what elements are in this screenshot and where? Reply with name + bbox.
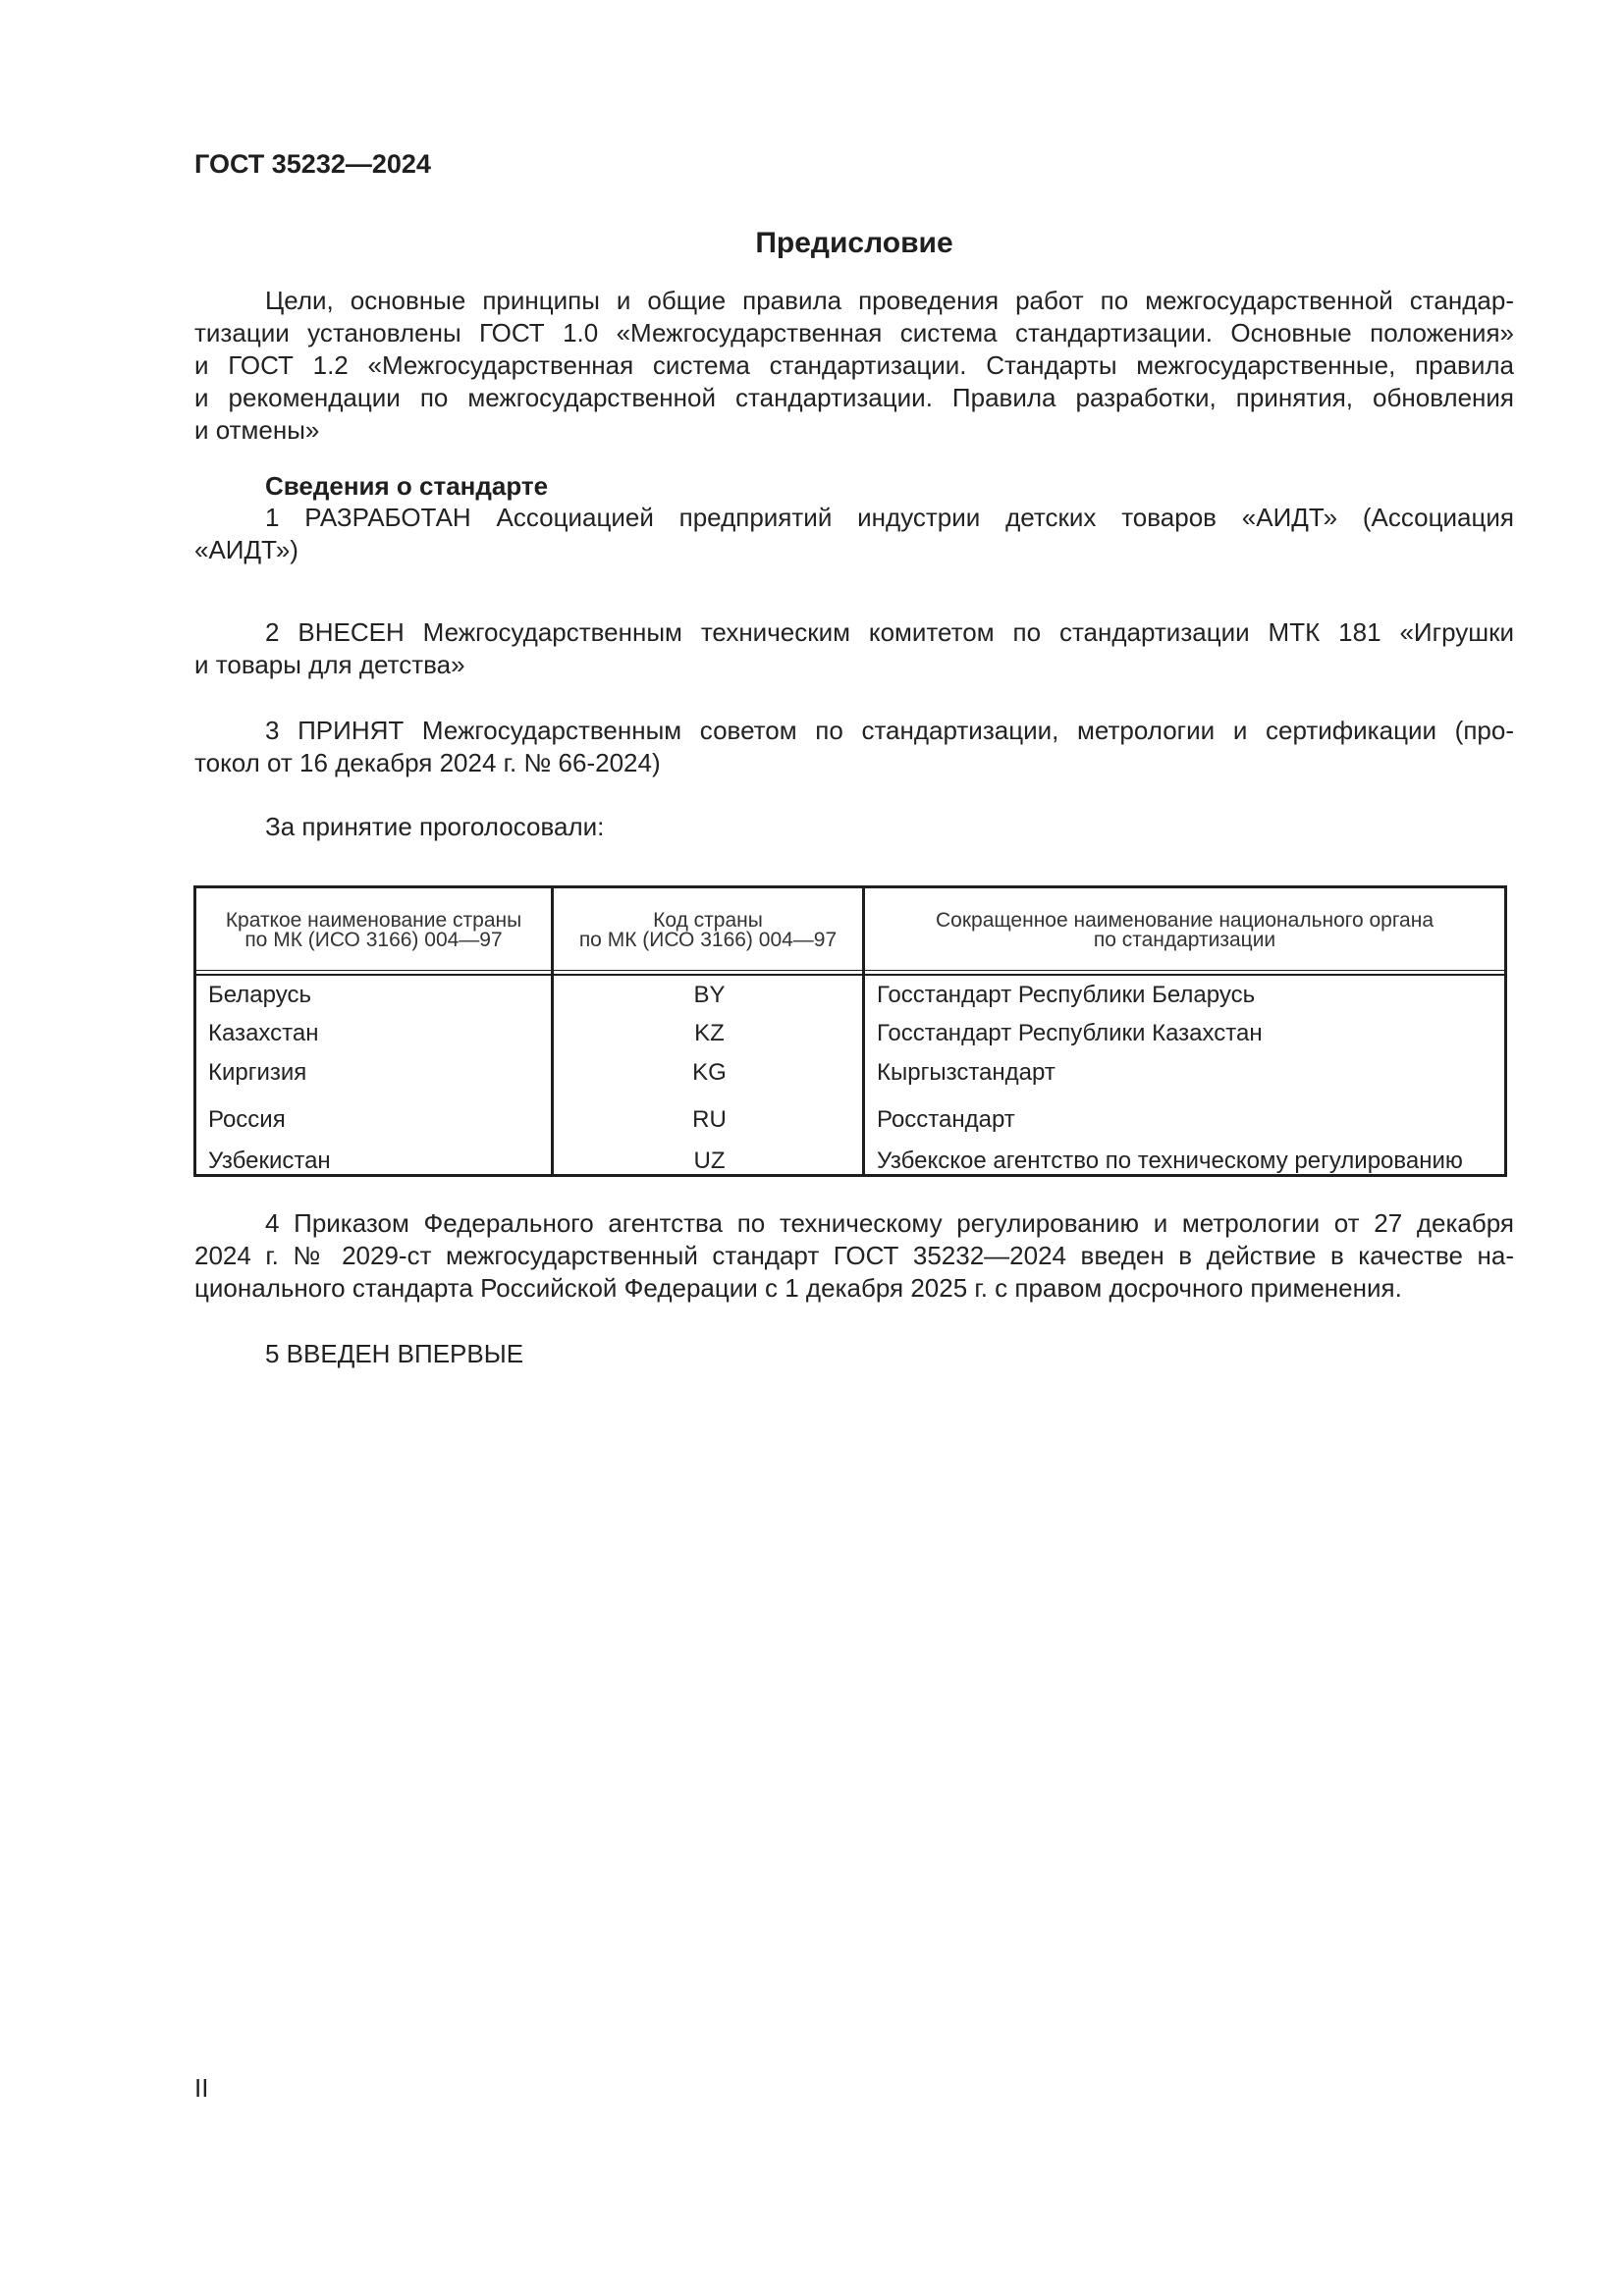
document-code: ГОСТ 35232—2024 <box>194 148 431 181</box>
cell-country: Беларусь <box>208 982 311 1009</box>
item-3-adopted: 3 ПРИНЯТ Межгосударственным советом по с… <box>194 715 1514 779</box>
cell-code: RU <box>554 1106 865 1134</box>
text-line: 2024 г. № 2029-ст межгосударственный ста… <box>194 1240 1514 1272</box>
cell-national-body: Госстандарт Республики Беларусь <box>877 982 1255 1009</box>
item-2-introduced: 2 ВНЕСЕН Межгосударственным техническим … <box>194 616 1514 681</box>
item-1-developed: 1 РАЗРАБОТАН Ассоциацией предприятий инд… <box>194 502 1514 566</box>
cell-national-body: Росстандарт <box>877 1106 1015 1134</box>
text-line: тизации установлены ГОСТ 1.0 «Межгосудар… <box>194 317 1514 349</box>
header-line: по стандартизации <box>936 931 1434 950</box>
column-header-code: Код страныпо МК (ИСО 3166) 004—97 <box>554 888 862 973</box>
header-line: по МК (ИСО 3166) 004—97 <box>226 931 521 950</box>
text-line: 3 ПРИНЯТ Межгосударственным советом по с… <box>194 715 1514 747</box>
page-number: II <box>194 2074 208 2102</box>
cell-code: UZ <box>554 1148 865 1175</box>
text-line: и отмены» <box>194 414 1514 447</box>
item-4-order: 4 Приказом Федерального агентства по тех… <box>194 1207 1514 1305</box>
item-5-first-introduced: 5 ВВЕДЕН ВПЕРВЫЕ <box>194 1338 1514 1370</box>
text-line: Цели, основные принципы и общие правила … <box>194 285 1514 317</box>
intro-paragraph: Цели, основные принципы и общие правила … <box>194 285 1514 447</box>
cell-country: Узбекистан <box>208 1148 331 1175</box>
cell-national-body: Кыргызстандарт <box>877 1059 1056 1087</box>
voting-countries-table: Краткое наименование страныпо МК (ИСО 31… <box>193 885 1507 1177</box>
cell-national-body: Узбекское агентство по техническому регу… <box>877 1148 1463 1175</box>
header-line: Код страны <box>579 911 837 931</box>
cell-country: Россия <box>208 1106 286 1134</box>
cell-national-body: Госстандарт Республики Казахстан <box>877 1020 1263 1047</box>
text-line: 4 Приказом Федерального агентства по тех… <box>194 1207 1514 1240</box>
text-line: и товары для детства» <box>194 649 1514 681</box>
text-line: «АИДТ») <box>194 534 1514 566</box>
column-header-national-body: Сокращенное наименование национального о… <box>865 888 1504 973</box>
voted-label: За принятие проголосовали: <box>194 811 1514 843</box>
cell-country: Казахстан <box>208 1020 318 1047</box>
header-line: Сокращенное наименование национального о… <box>936 911 1434 931</box>
cell-code: KZ <box>554 1020 865 1047</box>
text-line: 5 ВВЕДЕН ВПЕРВЫЕ <box>194 1338 1514 1370</box>
text-line: токол от 16 декабря 2024 г. № 66-2024) <box>194 747 1514 779</box>
text-line: 1 РАЗРАБОТАН Ассоциацией предприятий инд… <box>194 502 1514 534</box>
standard-info-heading: Сведения о стандарте <box>265 470 548 503</box>
text-line: ционального стандарта Российской Федерац… <box>194 1272 1514 1305</box>
text-line: и ГОСТ 1.2 «Межгосударственная система с… <box>194 349 1514 382</box>
cell-country: Киргизия <box>208 1059 306 1087</box>
cell-code: KG <box>554 1059 865 1087</box>
column-header-country: Краткое наименование страныпо МК (ИСО 31… <box>196 888 551 973</box>
header-line: Краткое наименование страны <box>226 911 521 931</box>
page-title: Предисловие <box>194 226 1514 261</box>
cell-code: BY <box>554 982 865 1009</box>
text-line: и рекомендации по межгосударственной ста… <box>194 382 1514 414</box>
text-line: За принятие проголосовали: <box>194 811 1514 843</box>
header-line: по МК (ИСО 3166) 004—97 <box>579 931 837 950</box>
text-line: 2 ВНЕСЕН Межгосударственным техническим … <box>194 616 1514 649</box>
header-divider <box>196 974 1504 976</box>
